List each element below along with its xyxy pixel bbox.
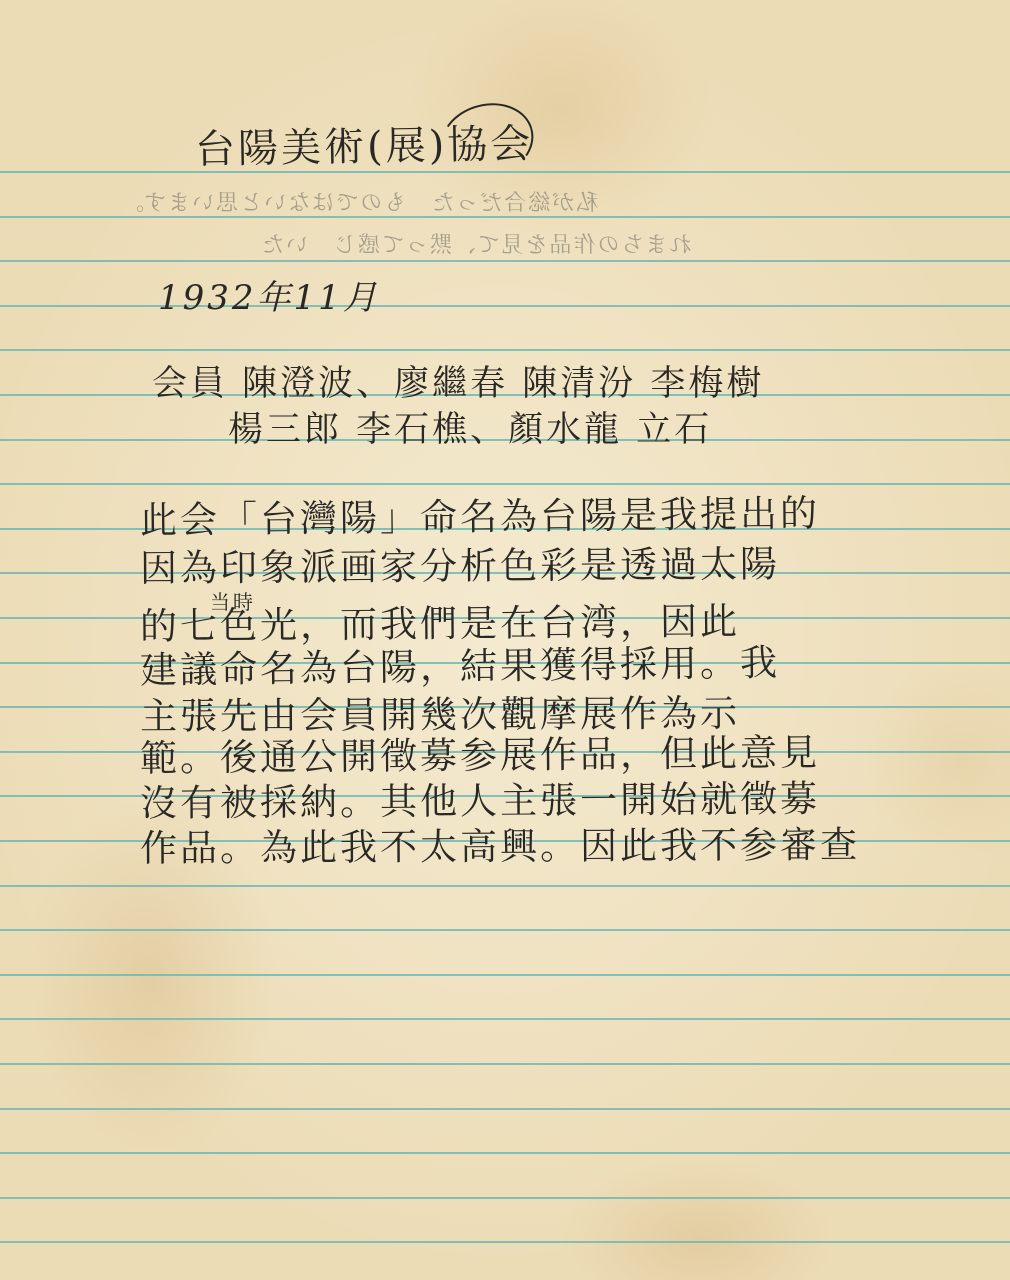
ruled-line — [0, 1197, 1010, 1199]
members-line-2: 楊三郎 李石樵、顏水龍 立石 — [228, 402, 712, 452]
ruled-line — [0, 349, 1010, 351]
ruled-line — [0, 1241, 1010, 1243]
body-line-8: 作品。為此我不太高興。因此我不参審查 — [140, 814, 860, 872]
ruled-line — [0, 1108, 1010, 1110]
circle-mark — [432, 93, 542, 189]
ruled-line — [0, 1063, 1010, 1065]
notebook-page: 私が総合だった ものではないと思います。 れまちの作品を見て、黙って感じ いた … — [0, 0, 1010, 1280]
ruled-line — [0, 1018, 1010, 1020]
bleed-through-text-1: 私が総合だった ものではないと思います。 — [120, 186, 598, 217]
ruled-line — [0, 1152, 1010, 1154]
bleed-through-text-2: れまちの作品を見て、黙って感じ いた — [260, 228, 692, 259]
ruled-line — [0, 260, 1010, 262]
members-line-1: 会員 陳澄波、廖繼春 陳清汾 李梅樹 — [152, 356, 764, 406]
ruled-line — [0, 305, 1010, 307]
ruled-line — [0, 974, 1010, 976]
document-date: 1932年11月 — [158, 270, 380, 319]
ruled-line — [0, 929, 1010, 931]
ruled-line — [0, 483, 1010, 485]
body-line-2: 因為印象派画家分析色彩是透過太陽 — [140, 534, 780, 592]
ruled-line — [0, 885, 1010, 887]
